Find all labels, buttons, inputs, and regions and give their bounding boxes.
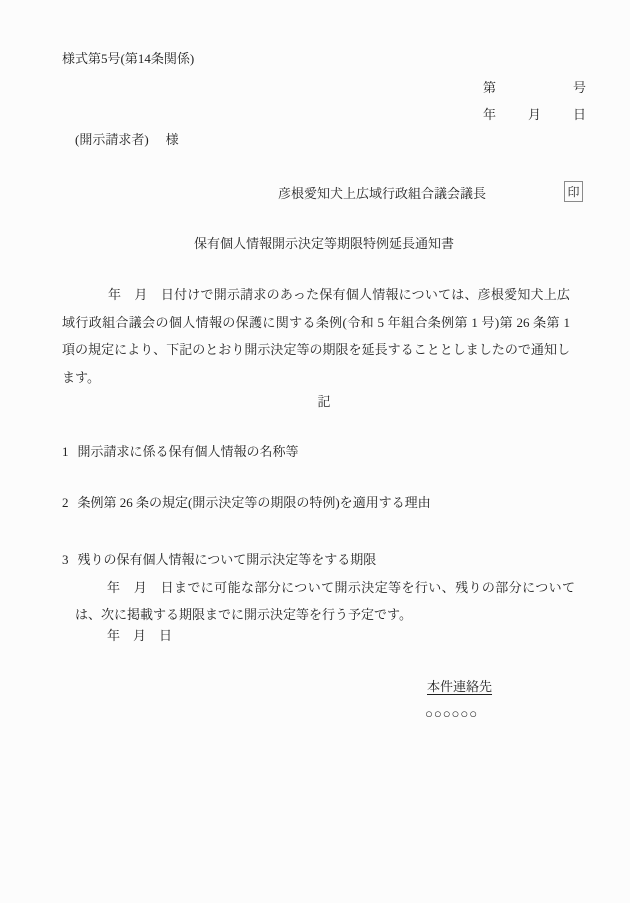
form-number: 様式第5号(第14条関係) [62, 49, 194, 68]
item-text: 条例第 26 条の規定(開示決定等の期限の特例)を適用する理由 [78, 493, 431, 512]
date-year-label: 年 [483, 105, 496, 124]
addressee-line: (開示請求者) 様 [75, 130, 179, 149]
contact-value: ○○○○○○ [425, 704, 478, 723]
document-number-line: 第 号 [483, 78, 586, 97]
body-paragraph: 年 月 日付けで開示請求のあった保有個人情報については、彦根愛知犬上広域行政組合… [62, 281, 570, 391]
date-month-label: 月 [528, 105, 541, 124]
addressee-honorific: 様 [166, 130, 179, 149]
item-number: 2 [62, 493, 69, 512]
sender-name: 彦根愛知犬上広域行政組合議会議長 [278, 184, 486, 203]
item3-note-paragraph: 年 月 日までに可能な部分について開示決定等を行い、残りの部分については、次に掲… [75, 574, 575, 628]
seal-stamp-box: 印 [564, 181, 583, 202]
item3-date-line: 年 月 日 [107, 626, 172, 645]
item-number: 1 [62, 442, 69, 461]
item-text: 開示請求に係る保有個人情報の名称等 [78, 442, 299, 461]
list-item-2: 2 条例第 26 条の規定(開示決定等の期限の特例)を適用する理由 [62, 493, 431, 512]
document-title: 保有個人情報開示決定等期限特例延長通知書 [62, 234, 586, 253]
date-line: 年 月 日 [483, 105, 586, 124]
list-item-3: 3 残りの保有個人情報について開示決定等をする期限 [62, 550, 376, 569]
item-text: 残りの保有個人情報について開示決定等をする期限 [78, 550, 377, 569]
date-day-label: 日 [573, 105, 586, 124]
doc-number-suffix: 号 [573, 78, 586, 97]
doc-number-prefix: 第 [483, 78, 496, 97]
addressee-placeholder: (開示請求者) [75, 130, 149, 149]
contact-heading: 本件連絡先 [427, 677, 492, 696]
seal-stamp-label: 印 [567, 186, 579, 198]
list-item-1: 1 開示請求に係る保有個人情報の名称等 [62, 442, 299, 461]
record-heading: 記 [62, 392, 586, 411]
item-number: 3 [62, 550, 69, 569]
document-page: 様式第5号(第14条関係) 第 号 年 月 日 (開示請求者) 様 彦根愛知犬上… [0, 0, 630, 903]
